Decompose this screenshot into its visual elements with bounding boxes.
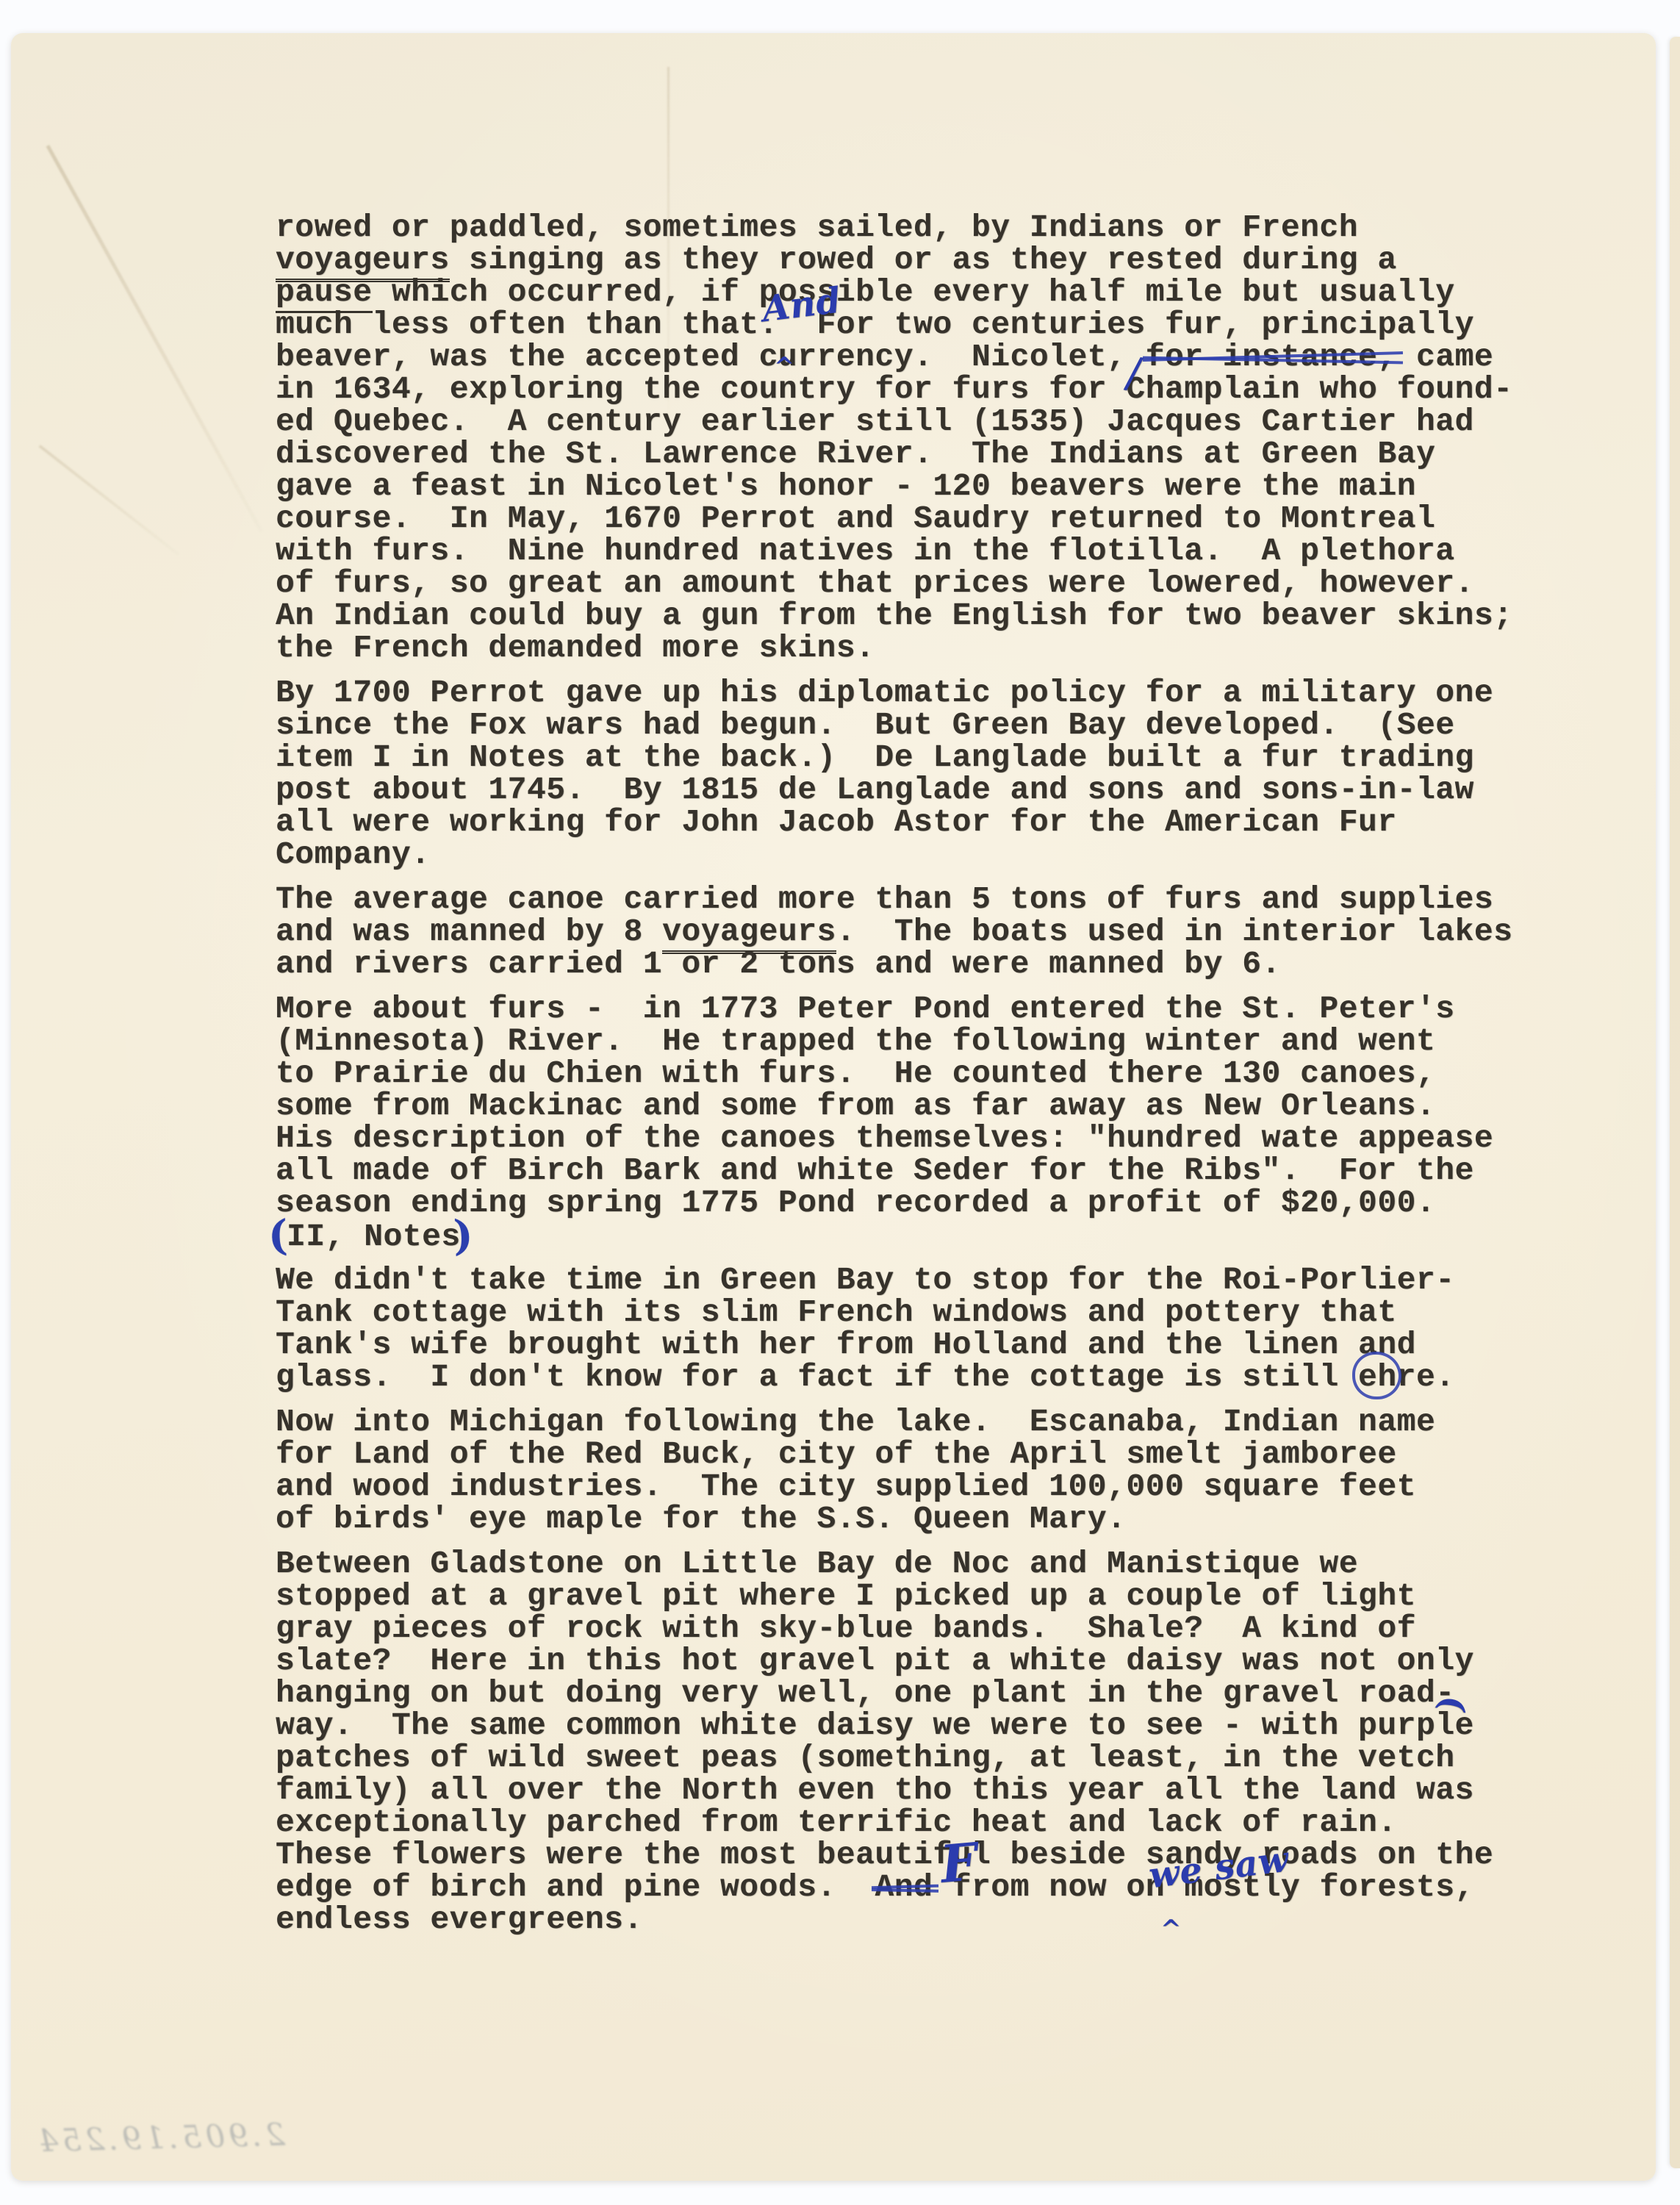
ghost-inscription: 2.905.19.254 (35, 2117, 285, 2159)
typed-line: glass. I don't know for a fact if the co… (276, 1361, 1569, 1394)
typed-line: item I in Notes at the back.) De Langlad… (276, 742, 1569, 774)
typed-line: An Indian could buy a gun from the Engli… (276, 600, 1569, 632)
typed-line: since the Fox wars had begun. But Green … (276, 709, 1569, 742)
typed-text-run: Company. (276, 836, 430, 872)
typed-text-run: came (1397, 339, 1494, 375)
typed-text-run: The average canoe carried more than 5 to… (276, 881, 1493, 917)
typed-line: stopped at a gravel pit where I picked u… (276, 1580, 1569, 1613)
typed-line: for Land of the Red Buck, city of the Ap… (276, 1438, 1569, 1471)
typed-line: gray pieces of rock with sky-blue bands.… (276, 1613, 1569, 1645)
typed-line: to Prairie du Chien with furs. He counte… (276, 1058, 1569, 1090)
second-sheet-edge (1670, 37, 1680, 2168)
typed-line: beaver, was the accepted currency. Nicol… (276, 341, 1569, 373)
typed-line: in 1634, exploring the country for furs … (276, 373, 1569, 406)
typed-text-run: An Indian could buy a gun from the Engli… (276, 598, 1512, 634)
typed-line: edge of birch and pine woods. And Ffrom … (276, 1871, 1569, 1904)
typed-text-run: ed Quebec. A century earlier still (1535… (276, 404, 1474, 440)
paper-crease (39, 445, 180, 556)
typed-text-run: For two centuries fur, principally (778, 306, 1474, 343)
typed-text-run: way. The same common white daisy we were… (276, 1707, 1474, 1743)
typed-line: Now into Michigan following the lake. Es… (276, 1406, 1569, 1438)
typed-text-run: item I in Notes at the back.) De Langlad… (276, 739, 1474, 775)
typed-text: rowed or paddled, sometimes sailed, by I… (276, 212, 1569, 1948)
typed-line: of furs, so great an amount that prices … (276, 567, 1569, 600)
typed-line: His description of the canoes themselves… (276, 1122, 1569, 1155)
typed-text-run: Between Gladstone on Little Bay de Noc a… (276, 1546, 1358, 1582)
typed-text-run: (Minnesota) River. He trapped the follow… (276, 1023, 1435, 1059)
typed-line: Company. (276, 839, 1569, 871)
typed-text-run: Now into Michigan following the lake. Es… (276, 1404, 1435, 1440)
typed-line: and wood industries. The city supplied 1… (276, 1471, 1569, 1503)
typed-text-run: and rivers carried 1 or 2 tons and were … (276, 946, 1281, 982)
typed-line: More about furs - in 1773 Peter Pond ent… (276, 993, 1569, 1025)
typed-text-run: to Prairie du Chien with furs. He counte… (276, 1055, 1435, 1091)
typed-text-run: . The boats used in interior lakes (836, 914, 1513, 950)
typed-text-run: the French demanded more skins. (276, 630, 875, 666)
typed-line: Tank cottage with its slim French window… (276, 1297, 1569, 1329)
typed-text-run: post about 1745. By 1815 de Langlade and… (276, 772, 1474, 808)
paper-crease (46, 145, 263, 532)
paragraph: We didn't take time in Green Bay to stop… (276, 1264, 1569, 1394)
typed-text-run: for Land of the Red Buck, city of the Ap… (276, 1436, 1397, 1472)
typed-text-run: His description of the canoes themselves… (276, 1120, 1493, 1156)
typed-line: The average canoe carried more than 5 to… (276, 883, 1569, 916)
typed-text-run: beaver, was the accepted currency. Nicol… (276, 339, 1146, 375)
typed-text-run: season ending spring 1775 Pond recorded … (276, 1185, 1435, 1221)
typed-line: the French demanded more skins. (276, 632, 1569, 664)
paragraph: rowed or paddled, sometimes sailed, by I… (276, 212, 1569, 664)
typed-text-run: singing as they rowed or as they rested … (450, 242, 1397, 278)
blue-strikethrough-text: for instance, (1146, 339, 1397, 375)
typed-line: family) all over the North even tho this… (276, 1774, 1569, 1807)
typed-text-run: much less often than that. (276, 306, 778, 343)
paragraph: Between Gladstone on Little Bay de Noc a… (276, 1548, 1569, 1936)
typed-line: much less often than that.And^ For two c… (276, 309, 1569, 341)
blue-transposition-loop: eh (1358, 1359, 1397, 1395)
typed-line: We didn't take time in Green Bay to stop… (276, 1264, 1569, 1297)
typed-line: slate? Here in this hot gravel pit a whi… (276, 1645, 1569, 1677)
typed-text-run: glass. I don't know for a fact if the co… (276, 1359, 1358, 1395)
typed-line: By 1700 Perrot gave up his diplomatic po… (276, 677, 1569, 709)
typed-text-run: hanging on but doing very well, one plan… (276, 1675, 1455, 1711)
scanned-document: { "page": { "background_color": "#fbfcfe… (0, 0, 1680, 2205)
paragraph: More about furs - in 1773 Peter Pond ent… (276, 993, 1569, 1252)
typed-line: and was manned by 8 voyageurs. The boats… (276, 916, 1569, 948)
typed-line: (II, Notes) (276, 1219, 1569, 1252)
blue-parenthesis: ) (453, 1219, 474, 1252)
typed-text-run: These flowers were the most beautiful be… (276, 1837, 1493, 1873)
paragraph: The average canoe carried more than 5 to… (276, 883, 1569, 980)
typed-line: post about 1745. By 1815 de Langlade and… (276, 774, 1569, 806)
typed-text-run: now on (1030, 1869, 1165, 1905)
typed-line: course. In May, 1670 Perrot and Saudry r… (276, 503, 1569, 535)
typed-line: rowed or paddled, sometimes sailed, by I… (276, 212, 1569, 244)
typed-text-run: We didn't take time in Green Bay to stop… (276, 1262, 1455, 1298)
typed-line: endless evergreens. (276, 1904, 1569, 1936)
typed-text-run: of furs, so great an amount that prices … (276, 565, 1474, 601)
typed-text-run: family) all over the North even tho this… (276, 1772, 1474, 1808)
typed-text-run: rowed or paddled, sometimes sailed, by I… (276, 209, 1358, 245)
typed-text-run: discovered the St. Lawrence River. The I… (276, 436, 1435, 472)
typed-text-run: gave a feast in Nicolet's honor - 120 be… (276, 468, 1416, 504)
typed-text-run: some from Mackinac and some from as far … (276, 1088, 1435, 1124)
typed-text-run: More about furs - in 1773 Peter Pond ent… (276, 991, 1455, 1027)
typed-line: exceptionally parched from terrific heat… (276, 1807, 1569, 1839)
typed-line: Between Gladstone on Little Bay de Noc a… (276, 1548, 1569, 1580)
paragraph: By 1700 Perrot gave up his diplomatic po… (276, 677, 1569, 871)
typed-line: voyageurs singing as they rowed or as th… (276, 244, 1569, 276)
typed-line: ed Quebec. A century earlier still (1535… (276, 406, 1569, 438)
typed-line: with furs. Nine hundred natives in the f… (276, 535, 1569, 567)
typed-text-run: gray pieces of rock with sky-blue bands.… (276, 1610, 1416, 1646)
typed-text-run: re. (1397, 1359, 1455, 1395)
paragraph: Now into Michigan following the lake. Es… (276, 1406, 1569, 1535)
typed-text-run: By 1700 Perrot gave up his diplomatic po… (276, 675, 1493, 711)
typed-line: and rivers carried 1 or 2 tons and were … (276, 948, 1569, 980)
typed-line: discovered the St. Lawrence River. The I… (276, 438, 1569, 470)
typed-text-run: in 1634, exploring the country for furs … (276, 371, 1512, 407)
typed-text-run: stopped at a gravel pit where I picked u… (276, 1578, 1416, 1614)
typed-line: (Minnesota) River. He trapped the follow… (276, 1025, 1569, 1058)
typed-text-run: patches of wild sweet peas (something, a… (276, 1740, 1455, 1776)
typed-text-run: since the Fox wars had begun. But Green … (276, 707, 1455, 743)
typed-line: all were working for John Jacob Astor fo… (276, 806, 1569, 839)
typed-text-run: edge of birch and pine woods. (276, 1869, 875, 1905)
typed-text-run: all made of Birch Bark and white Seder f… (276, 1152, 1474, 1188)
typed-line: hanging on but doing very well, one plan… (276, 1677, 1569, 1710)
typed-text-run: which occurred, if possible every half m… (373, 274, 1455, 310)
typed-text-run: course. In May, 1670 Perrot and Saudry r… (276, 501, 1435, 537)
typed-line: pause which occurred, if possible every … (276, 276, 1569, 309)
typed-line: These flowers were the most beautiful be… (276, 1839, 1569, 1871)
typed-text-run: Tank's wife brought with her from Hollan… (276, 1327, 1416, 1363)
blue-strikethrough-text: And (875, 1869, 933, 1905)
typed-line: some from Mackinac and some from as far … (276, 1090, 1569, 1122)
typed-text-run: exceptionally parched from terrific heat… (276, 1804, 1397, 1840)
typed-text-run: with furs. Nine hundred natives in the f… (276, 533, 1455, 569)
typed-text-run: and was manned by 8 (276, 914, 662, 950)
typed-text-run: slate? Here in this hot gravel pit a whi… (276, 1643, 1474, 1679)
typed-text-run: endless evergreens. (276, 1901, 643, 1937)
blue-parenthesis: ( (268, 1219, 289, 1252)
typed-text-run: II, Notes (287, 1219, 461, 1255)
typed-word-with-blue-capital: Ffrom (952, 1869, 1030, 1905)
typed-text-run: of birds' eye maple for the S.S. Queen M… (276, 1501, 1126, 1537)
typed-line: patches of wild sweet peas (something, a… (276, 1742, 1569, 1774)
typed-line: gave a feast in Nicolet's honor - 120 be… (276, 470, 1569, 503)
typed-text-run: Tank cottage with its slim French window… (276, 1294, 1397, 1330)
typed-text-run: all were working for John Jacob Astor fo… (276, 804, 1397, 840)
typed-line: way. The same common white daisy we were… (276, 1710, 1569, 1742)
typed-line: all made of Birch Bark and white Seder f… (276, 1155, 1569, 1187)
typed-text-run: and wood industries. The city supplied 1… (276, 1469, 1416, 1505)
typed-line: of birds' eye maple for the S.S. Queen M… (276, 1503, 1569, 1535)
